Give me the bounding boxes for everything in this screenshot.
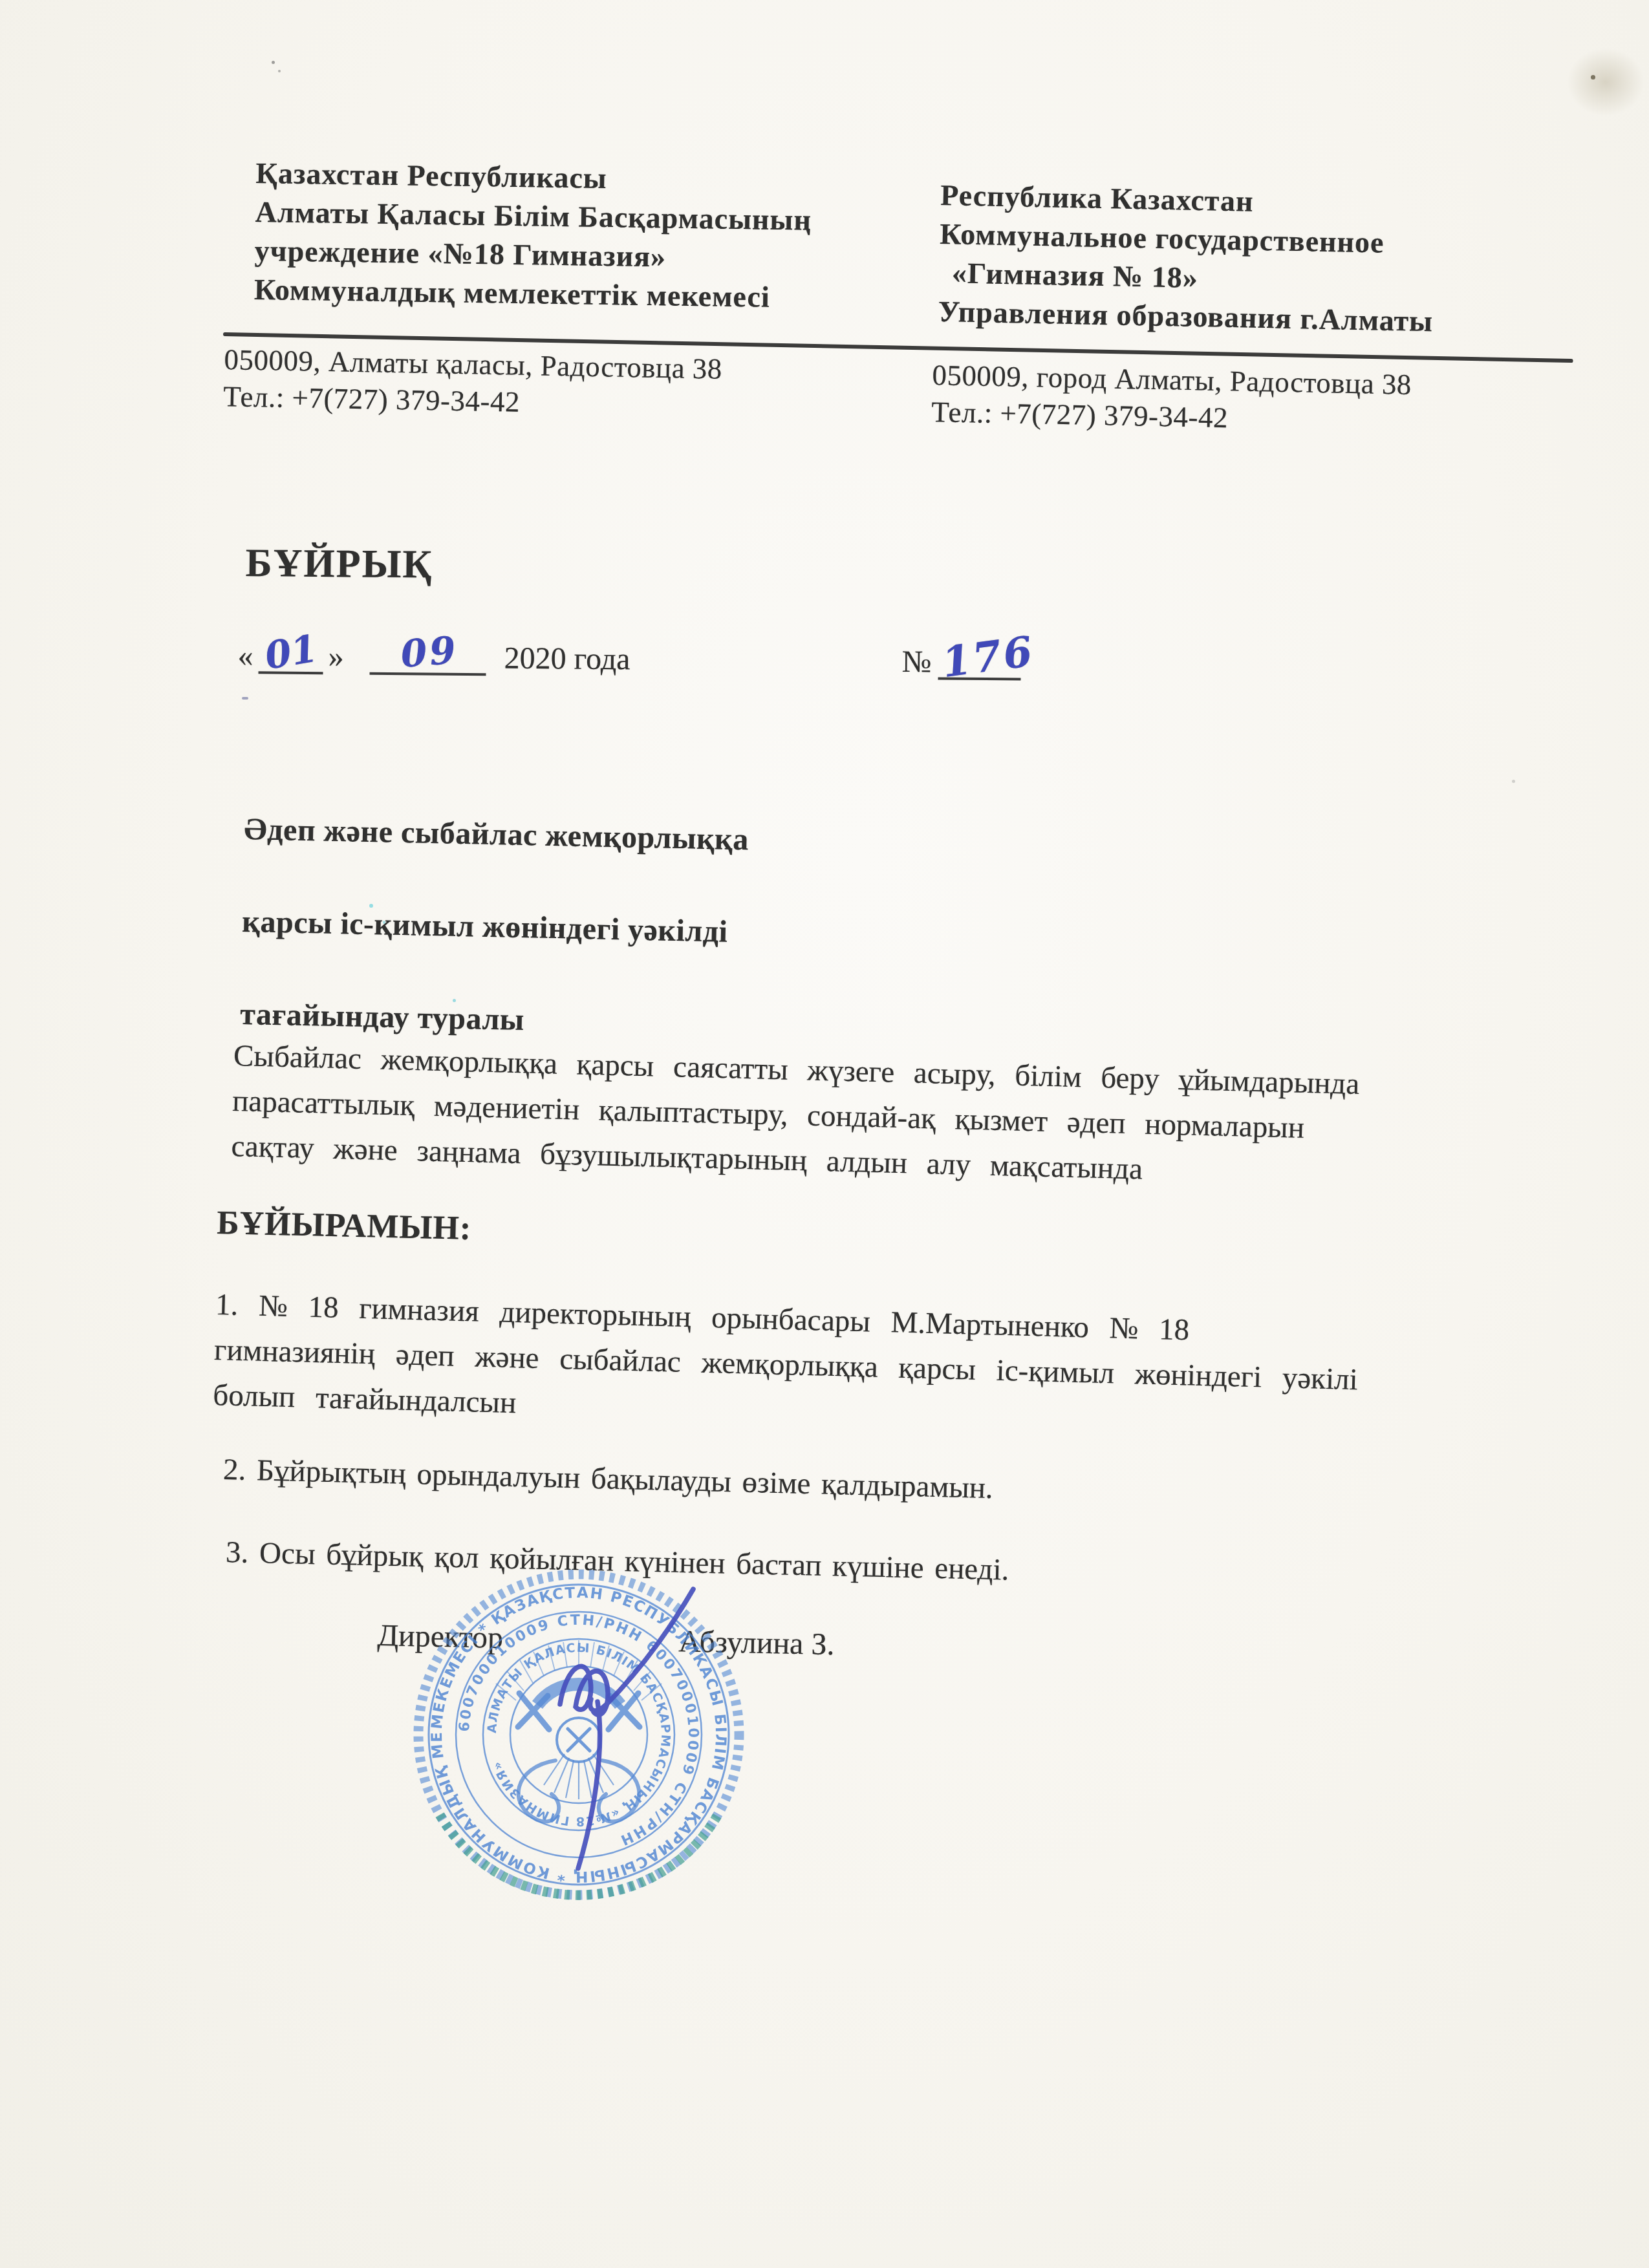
date-number-line: « 01 » 09 2020 года № 176 [237, 637, 1467, 720]
scan-speck [242, 697, 248, 700]
day-blank: 01 [259, 639, 323, 674]
resolve-word: БҰЙЫРАМЫН: [217, 1204, 472, 1248]
order-item-1: 1. № 18 гимназия директорының орынбасары… [213, 1282, 1574, 1453]
scan-speck [272, 61, 275, 64]
signature-strokes [560, 1589, 693, 1868]
quote-close: » [329, 639, 344, 674]
number-sign: № [901, 644, 931, 679]
contact-left-block: 050009, Алматы қаласы, Радостовца 38 Тел… [223, 341, 723, 425]
date-row: « 01 » 09 2020 года [238, 637, 1467, 685]
contact-right-block: 050009, город Алматы, Радостовца 38 Тел.… [931, 357, 1412, 440]
scan-speck-cyan [383, 921, 385, 924]
quote-open: « [238, 638, 253, 674]
year-label: 2020 года [504, 641, 630, 678]
subject-line: қарсы іс-қимыл жөніндегі уәкілді [242, 904, 747, 950]
order-number-group: № 176 [901, 643, 1020, 681]
number-blank: 176 [938, 645, 1020, 680]
handwritten-day: 01 [262, 626, 321, 678]
subject-line: Әдеп және сыбайлас жемқорлыққа [244, 811, 749, 857]
preamble-paragraph: Сыбайлас жемқорлыққа қарсы саясатты жүзе… [231, 1033, 1560, 1203]
director-signature [517, 1570, 724, 1893]
handwritten-month: 09 [399, 628, 460, 676]
order-title: БҰЙРЫҚ [245, 540, 433, 588]
header-right-block: Республика Казахстан Коммунальное госуда… [938, 176, 1575, 344]
order-item-2: 2. Бұйрықтың орындалуын бақылауды өзіме … [222, 1447, 993, 1511]
scan-smudge [1551, 34, 1649, 131]
scan-speck-cyan [453, 999, 456, 1002]
scan-speck-cyan [369, 904, 373, 908]
scan-speck [1591, 75, 1595, 80]
scan-speck [1512, 780, 1515, 783]
scanned-order-document: Қазахстан Республикасы Алматы Қаласы Біл… [0, 0, 1649, 2268]
month-blank: 09 [370, 640, 486, 676]
header-left-block: Қазахстан Республикасы Алматы Қаласы Біл… [253, 154, 973, 319]
scan-speck [278, 70, 281, 72]
